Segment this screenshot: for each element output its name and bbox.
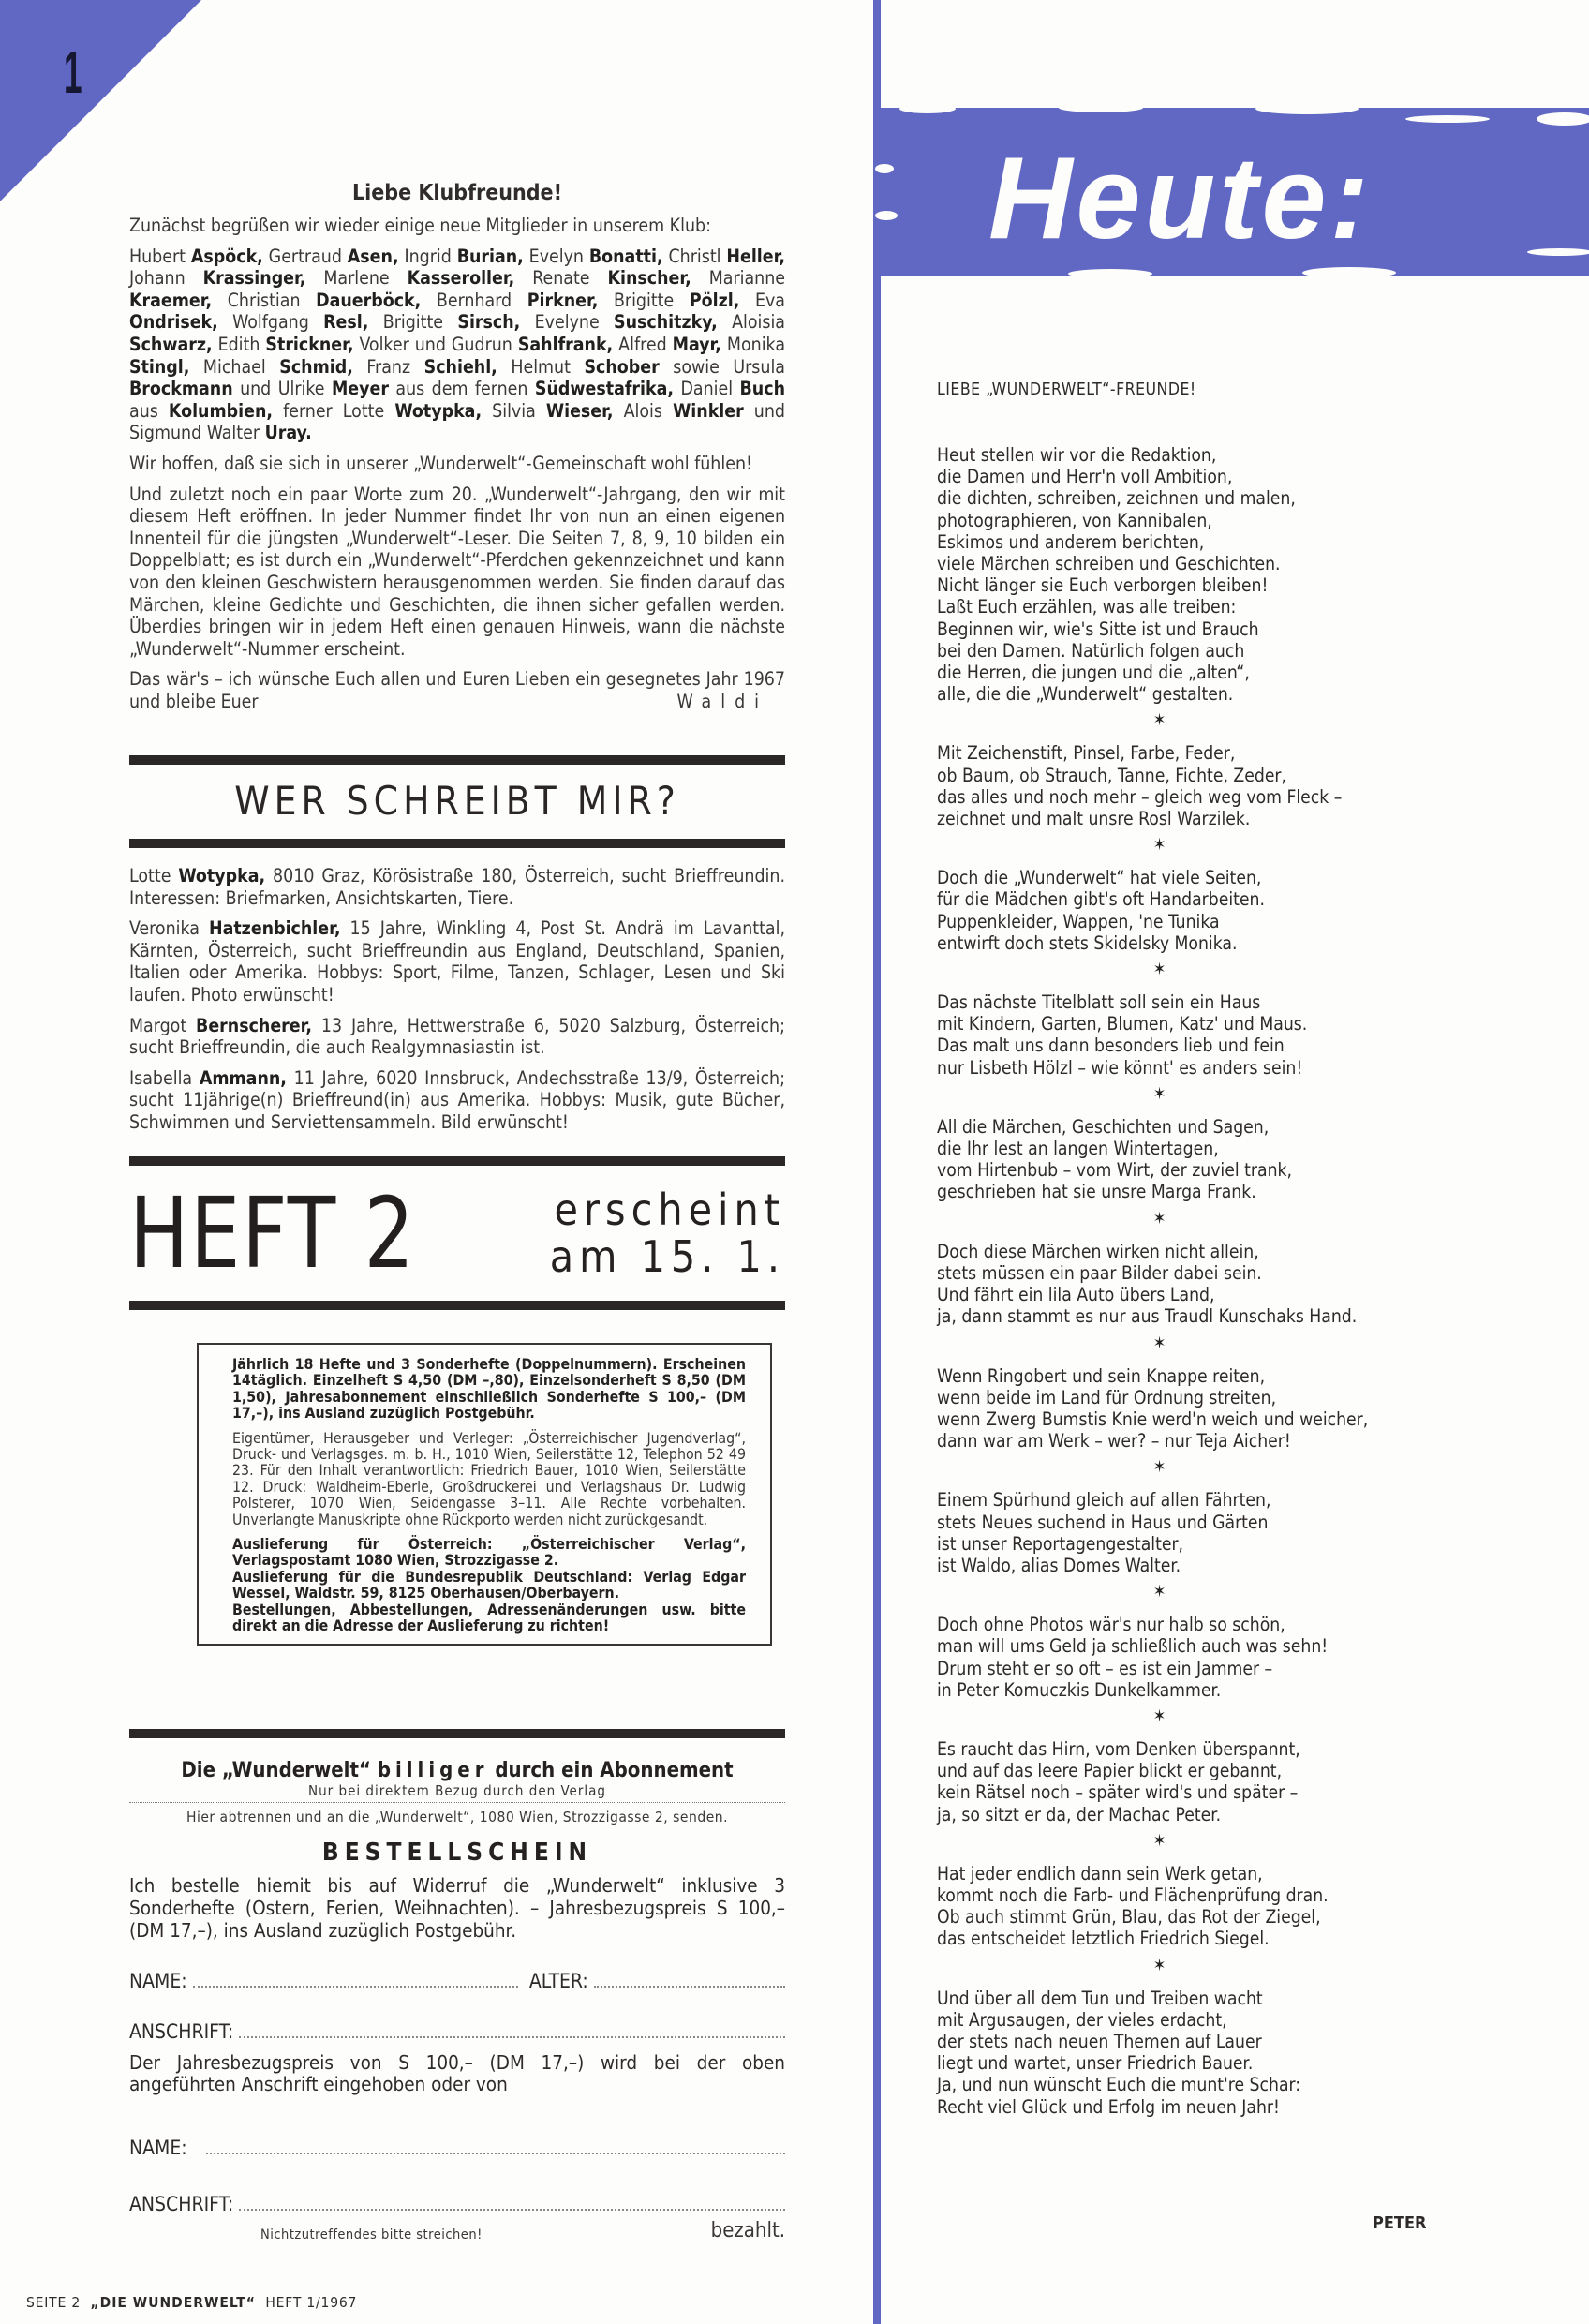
imprint-box: Jährlich 18 Hefte und 3 Sonderhefte (Dop… (197, 1343, 772, 1646)
footer-page: SEITE 2 (26, 2294, 81, 2311)
next-issue-number: HEFT 2 (129, 1184, 416, 1282)
star-separator-icon: ✶ (937, 1457, 1382, 1478)
column-divider (873, 0, 881, 2324)
star-separator-icon: ✶ (937, 710, 1382, 731)
poem-stanza: Heut stellen wir vor die Redaktion, die … (937, 444, 1462, 705)
subscription-form: Die „Wunderwelt“ billiger durch ein Abon… (129, 1729, 785, 2242)
rule (129, 1729, 785, 1738)
payer-address-label: ANSCHRIFT: (129, 2193, 233, 2215)
star-separator-icon: ✶ (937, 1582, 1382, 1602)
pen-pal-ads: Lotte Wotypka, 8010 Graz, Körösistraße 1… (129, 865, 785, 1134)
rule (129, 839, 785, 848)
poem-stanza: Mit Zeichenstift, Pinsel, Farbe, Feder, … (937, 742, 1462, 829)
pen-pal-ad: Veronika Hatzenbichler, 15 Jahre, Winkli… (129, 917, 785, 1006)
wer-schreibt-title: WER SCHREIBT MIR? (129, 765, 785, 839)
payment-text: Der Jahresbezugspreis von S 100,– (DM 17… (129, 2052, 785, 2095)
page-marker: 1 (64, 37, 82, 107)
imprint-distribution-at: Auslieferung für Österreich: „Österreich… (232, 1536, 746, 1569)
name-label: NAME: (129, 1970, 187, 1992)
send-instruction: Hier abtrennen und an die „Wunderwelt“, … (129, 1809, 785, 1825)
poem-signature: PETER (1373, 2213, 1427, 2233)
poem-stanza: Und über all dem Tun und Treiben wacht m… (937, 1988, 1462, 2118)
imprint-orders: Bestellungen, Abbestellungen, Adressenän… (232, 1601, 746, 1634)
name-field[interactable] (193, 1985, 518, 1988)
star-separator-icon: ✶ (937, 1956, 1382, 1976)
corner-triangle (0, 0, 201, 201)
strike-note: Nichtzutreffendes bitte streichen! (260, 2227, 483, 2242)
poem-stanza: Das nächste Titelblatt soll sein ein Hau… (937, 991, 1462, 1079)
poem-stanza: Doch ohne Photos wär's nur halb so schön… (937, 1614, 1462, 1701)
poem-stanza: Es raucht das Hirn, vom Denken überspann… (937, 1738, 1462, 1825)
klub-anniversary-text: Und zuletzt noch ein paar Worte zum 20. … (129, 484, 785, 661)
wer-schreibt-section: WER SCHREIBT MIR? Lotte Wotypka, 8010 Gr… (129, 755, 785, 1142)
editorial-poem: Heut stellen wir vor die Redaktion, die … (937, 444, 1462, 2118)
poem-stanza: All die Märchen, Geschichten und Sagen, … (937, 1116, 1462, 1203)
klub-signature: Waldi (677, 691, 768, 713)
imprint-publisher: Eigentümer, Herausgeber und Verleger: „Ö… (232, 1430, 746, 1527)
star-separator-icon: ✶ (937, 960, 1382, 980)
pen-pal-ad: Isabella Ammann, 11 Jahre, 6020 Innsbruc… (129, 1067, 785, 1134)
imprint-distribution-de: Auslieferung für die Bundesrepublik Deut… (232, 1569, 746, 1601)
page-footer: SEITE 2 „DIE WUNDERWELT“ HEFT 1/1967 (26, 2294, 357, 2311)
imprint-terms: Jährlich 18 Hefte und 3 Sonderhefte (Dop… (232, 1356, 746, 1422)
next-issue-notice: HEFT 2 erscheint am 15. 1. (129, 1156, 785, 1310)
pen-pal-ad: Lotte Wotypka, 8010 Graz, Körösistraße 1… (129, 865, 785, 909)
star-separator-icon: ✶ (937, 1706, 1382, 1727)
order-text: Ich bestelle hiemit bis auf Widerruf die… (129, 1874, 785, 1942)
age-label: ALTER: (529, 1970, 588, 1992)
star-separator-icon: ✶ (937, 1209, 1382, 1229)
footer-magazine: „DIE WUNDERWELT“ (90, 2294, 255, 2311)
klub-letter: Zunächst begrüßen wir wieder einige neue… (129, 181, 785, 713)
heute-title: Heute: (988, 141, 1373, 257)
rule (129, 755, 785, 765)
star-separator-icon: ✶ (937, 1333, 1382, 1354)
klub-hope: Wir hoffen, daß sie sich in unserer „Wun… (129, 453, 785, 475)
pen-pal-ad: Margot Bernscherer, 13 Jahre, Hettwerstr… (129, 1015, 785, 1059)
klub-intro: Zunächst begrüßen wir wieder einige neue… (129, 215, 785, 237)
payer-name-field[interactable] (206, 2152, 785, 2154)
order-form-title: BESTELLSCHEIN (129, 1839, 785, 1867)
poem-stanza: Einem Spürhund gleich auf allen Fährten,… (937, 1489, 1462, 1576)
footer-issue: HEFT 1/1967 (265, 2294, 357, 2311)
poem-stanza: Wenn Ringobert und sein Knappe reiten, w… (937, 1365, 1462, 1452)
poem-stanza: Doch diese Märchen wirken nicht allein, … (937, 1241, 1462, 1328)
rule (129, 1301, 785, 1310)
next-issue-date: am 15. 1. (550, 1233, 785, 1280)
payer-name-label: NAME: (129, 2137, 187, 2159)
star-separator-icon: ✶ (937, 835, 1382, 856)
star-separator-icon: ✶ (937, 1084, 1382, 1105)
rule (129, 1156, 785, 1166)
next-issue-line1: erscheint (550, 1186, 785, 1233)
subscription-headline: Die „Wunderwelt“ billiger durch ein Abon… (129, 1759, 785, 1782)
age-field[interactable] (594, 1985, 785, 1988)
subscription-subline: Nur bei direktem Bezug durch den Verlag (129, 1782, 785, 1803)
paid-label: bezahlt. (711, 2219, 785, 2242)
star-separator-icon: ✶ (937, 1831, 1382, 1852)
payer-address-field[interactable] (239, 2208, 785, 2211)
poem-stanza: Doch die „Wunderwelt“ hat viele Seiten, … (937, 867, 1462, 954)
poem-stanza: Hat jeder endlich dann sein Werk getan, … (937, 1863, 1462, 1950)
new-members-list: Hubert Aspöck, Gertraud Asen, Ingrid Bur… (129, 246, 785, 444)
address-field[interactable] (239, 2035, 785, 2038)
address-label: ANSCHRIFT: (129, 2020, 233, 2043)
poem-greeting: LIEBE „WUNDERWELT“-FREUNDE! (937, 380, 1462, 399)
